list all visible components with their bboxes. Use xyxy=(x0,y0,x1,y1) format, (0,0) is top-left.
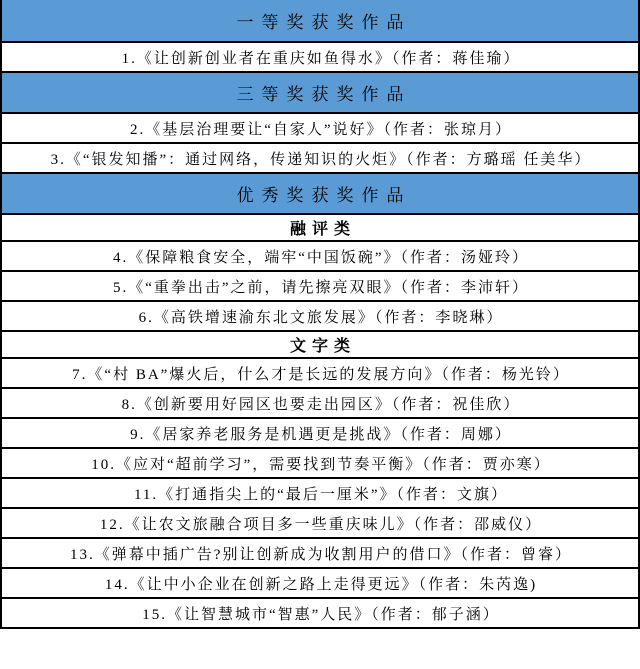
prize-header-row: 一等奖获奖作品 xyxy=(2,0,638,41)
entry-row: 10.《应对“超前学习”，需要找到节奏平衡》（作者：贾亦寒） xyxy=(2,447,638,477)
entry-row: 15.《让智慧城市“智惠”人民》（作者：郁子涵） xyxy=(2,597,638,627)
row-text: 4.《保障粮食安全，端牢“中国饭碗”》（作者：汤娅玲） xyxy=(111,246,529,267)
row-text: 文字类 xyxy=(284,333,356,356)
prize-header-row: 优秀奖获奖作品 xyxy=(2,172,638,213)
awards-table: 一等奖获奖作品1.《让创新创业者在重庆如鱼得水》（作者：蒋佳瑜）三等奖获奖作品2… xyxy=(0,0,640,629)
entry-row: 3.《“银发知播”：通过网络，传递知识的火炬》（作者：方璐瑶 任美华） xyxy=(2,142,638,172)
row-text: 15.《让智慧城市“智惠”人民》（作者：郁子涵） xyxy=(140,603,500,624)
row-text: 一等奖获奖作品 xyxy=(229,8,412,33)
entry-row: 6.《高铁增速渝东北文旅发展》（作者：李晓琳） xyxy=(2,300,638,330)
row-text: 9.《居家养老服务是机遇更是挑战》（作者：周娜） xyxy=(128,423,512,444)
row-text: 8.《创新要用好园区也要走出园区》（作者：祝佳欣） xyxy=(120,393,521,414)
entry-row: 9.《居家养老服务是机遇更是挑战》（作者：周娜） xyxy=(2,417,638,447)
row-text: 12.《让农文旅融合项目多一些重庆味儿》（作者：邵威仪） xyxy=(98,513,542,534)
entry-row: 12.《让农文旅融合项目多一些重庆味儿》（作者：邵威仪） xyxy=(2,507,638,537)
row-text: 1.《让创新创业者在重庆如鱼得水》（作者：蒋佳瑜） xyxy=(120,47,521,68)
entry-row: 8.《创新要用好园区也要走出园区》（作者：祝佳欣） xyxy=(2,387,638,417)
category-header-row: 融评类 xyxy=(2,213,638,240)
entry-row: 14.《让中小企业在创新之路上走得更远》（作者：朱芮逸) xyxy=(2,567,638,597)
row-text: 14.《让中小企业在创新之路上走得更远》（作者：朱芮逸) xyxy=(103,573,537,594)
row-text: 2.《基层治理要让“自家人”说好》（作者：张琼月） xyxy=(128,118,512,139)
entry-row: 4.《保障粮食安全，端牢“中国饭碗”》（作者：汤娅玲） xyxy=(2,240,638,270)
row-text: 融评类 xyxy=(284,216,356,239)
row-text: 5.《“重拳出击”之前，请先擦亮双眼》（作者：李沛轩） xyxy=(111,276,529,297)
entry-row: 13.《弹幕中插广告?别让创新成为收割用户的借口》（作者：曾睿） xyxy=(2,537,638,567)
entry-row: 5.《“重拳出击”之前，请先擦亮双眼》（作者：李沛轩） xyxy=(2,270,638,300)
prize-header-row: 三等奖获奖作品 xyxy=(2,71,638,112)
category-header-row: 文字类 xyxy=(2,330,638,357)
row-text: 6.《高铁增速渝东北文旅发展》（作者：李晓琳） xyxy=(137,306,504,327)
row-text: 13.《弹幕中插广告?别让创新成为收割用户的借口》（作者：曾睿） xyxy=(68,543,572,564)
row-text: 三等奖获奖作品 xyxy=(229,80,412,105)
entry-row: 11.《打通指尖上的“最后一厘米”》（作者：文旗） xyxy=(2,477,638,507)
row-text: 11.《打通指尖上的“最后一厘米”》（作者：文旗） xyxy=(132,483,508,504)
entry-row: 7.《“村 BA”爆火后，什么才是长远的发展方向》（作者：杨光铃） xyxy=(2,357,638,387)
row-text: 7.《“村 BA”爆火后，什么才是长远的发展方向》（作者：杨光铃） xyxy=(70,363,570,384)
entry-row: 2.《基层治理要让“自家人”说好》（作者：张琼月） xyxy=(2,112,638,142)
row-text: 优秀奖获奖作品 xyxy=(229,181,412,206)
entry-row: 1.《让创新创业者在重庆如鱼得水》（作者：蒋佳瑜） xyxy=(2,41,638,71)
row-text: 3.《“银发知播”：通过网络，传递知识的火炬》（作者：方璐瑶 任美华） xyxy=(49,148,592,169)
row-text: 10.《应对“超前学习”，需要找到节奏平衡》（作者：贾亦寒） xyxy=(89,453,551,474)
